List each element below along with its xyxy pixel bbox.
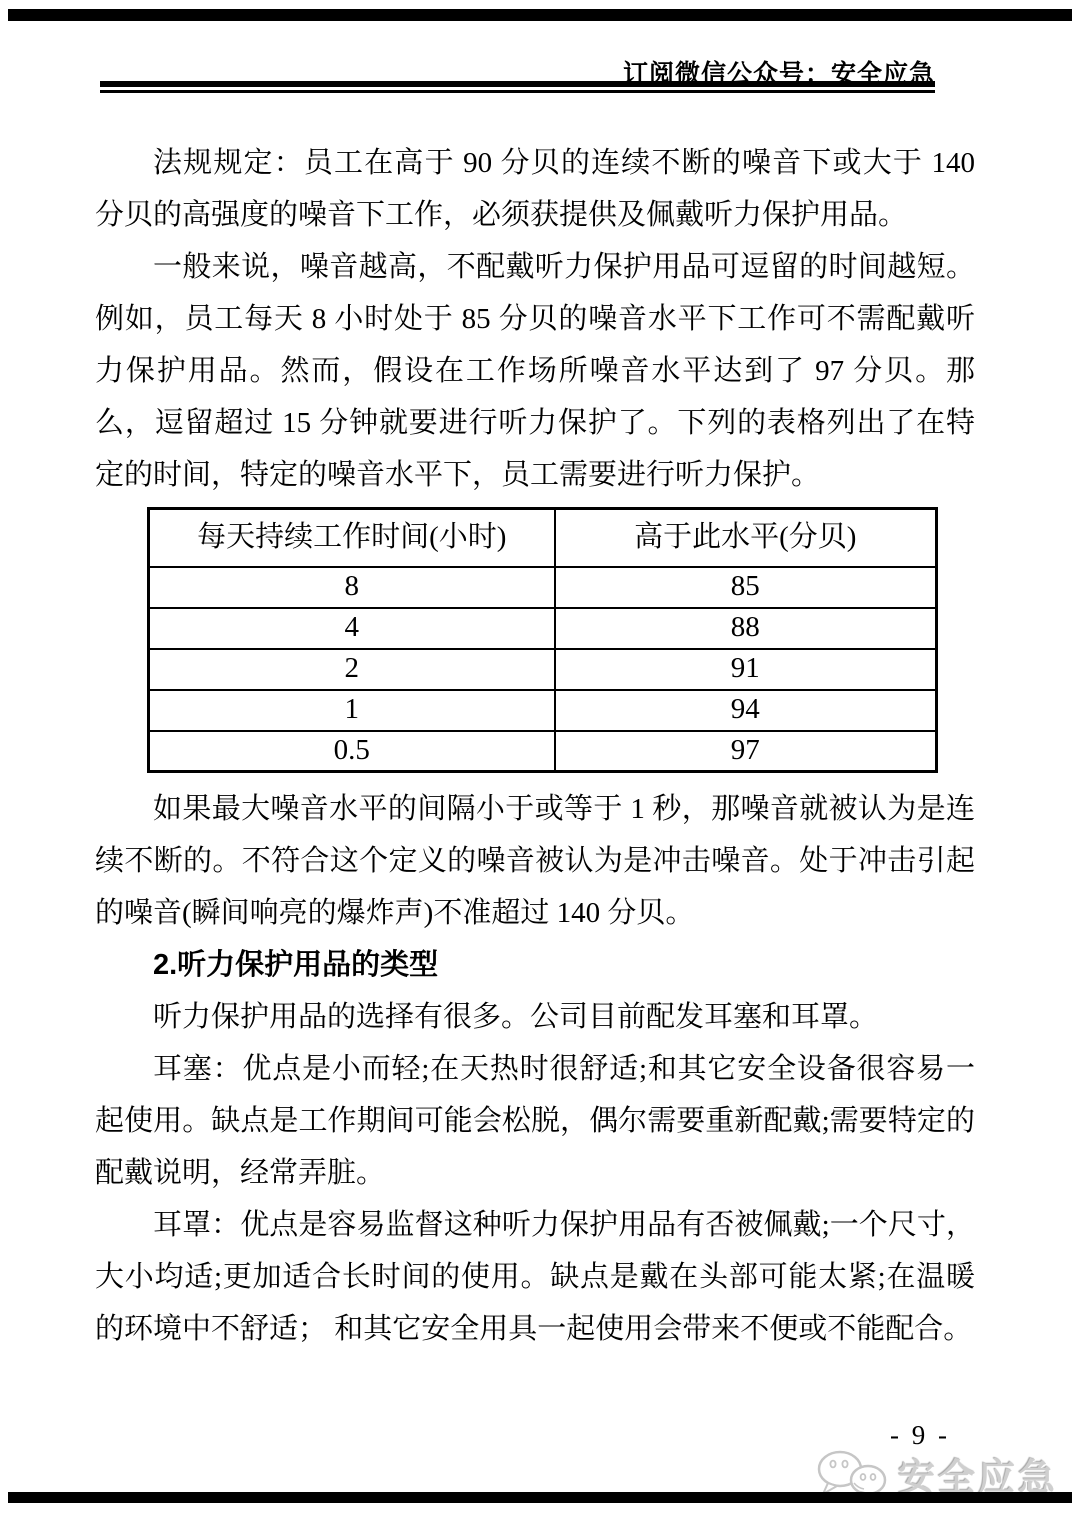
table-row: 0.5 97 — [149, 731, 937, 772]
table-header-hours: 每天持续工作时间(小时) — [149, 509, 555, 567]
cell-decibels: 88 — [555, 608, 937, 649]
cell-hours: 4 — [149, 608, 555, 649]
top-border-bar — [8, 9, 1072, 21]
cell-hours: 8 — [149, 567, 555, 608]
cell-hours: 1 — [149, 690, 555, 731]
paragraph-earmuffs: 耳罩：优点是容易监督这种听力保护用品有否被佩戴;一个尺寸，大小均适;更加适合长时… — [95, 1199, 975, 1355]
cell-decibels: 94 — [555, 690, 937, 731]
cell-decibels: 91 — [555, 649, 937, 690]
paragraph-exposure-time: 一般来说，噪音越高，不配戴听力保护用品可逗留的时间越短。例如，员工每天 8 小时… — [95, 241, 975, 501]
paragraph-selection: 听力保护用品的选择有很多。公司目前配发耳塞和耳罩。 — [95, 991, 975, 1043]
table-header-decibels: 高于此水平(分贝) — [555, 509, 937, 567]
table-header-row: 每天持续工作时间(小时) 高于此水平(分贝) — [149, 509, 937, 567]
table-row: 4 88 — [149, 608, 937, 649]
document-page: 订阅微信公众号：安全应急 法规规定：员工在高于 90 分贝的连续不断的噪音下或大… — [0, 0, 1080, 1527]
cell-decibels: 85 — [555, 567, 937, 608]
bottom-border-bar — [8, 1492, 1072, 1503]
table-row: 8 85 — [149, 567, 937, 608]
header-double-rule — [100, 81, 935, 93]
noise-exposure-table: 每天持续工作时间(小时) 高于此水平(分贝) 8 85 4 88 2 91 1 — [147, 507, 938, 773]
cell-hours: 2 — [149, 649, 555, 690]
cell-hours: 0.5 — [149, 731, 555, 772]
section-heading-protection-types: 2.听力保护用品的类型 — [95, 939, 975, 991]
table-row: 1 94 — [149, 690, 937, 731]
table-row: 2 91 — [149, 649, 937, 690]
cell-decibels: 97 — [555, 731, 937, 772]
paragraph-regulation: 法规规定：员工在高于 90 分贝的连续不断的噪音下或大于 140 分贝的高强度的… — [95, 137, 975, 241]
paragraph-impulse-noise: 如果最大噪音水平的间隔小于或等于 1 秒，那噪音就被认为是连续不断的。不符合这个… — [95, 783, 975, 939]
paragraph-earplugs: 耳塞：优点是小而轻;在天热时很舒适;和其它安全设备很容易一起使用。缺点是工作期间… — [95, 1043, 975, 1199]
document-body: 法规规定：员工在高于 90 分贝的连续不断的噪音下或大于 140 分贝的高强度的… — [95, 137, 975, 1355]
